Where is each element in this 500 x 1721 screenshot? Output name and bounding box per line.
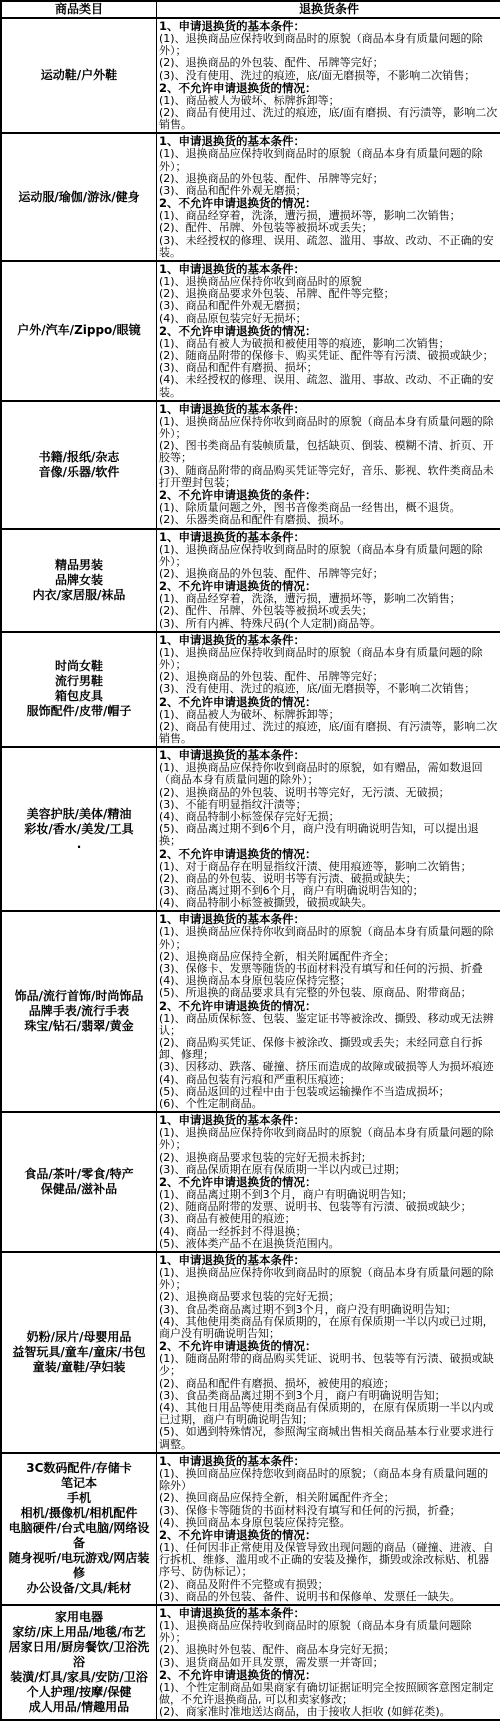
condition-item: (3)、未经授权的修理、误用、疏忽、滥用、事故、改动、不正确的安装。: [159, 235, 498, 259]
condition-item: (4)、其他日用品等使用类商品有保质期的，在原有保质期一半以内或已过期，商户有明…: [159, 1402, 498, 1426]
table-row: 饰品/流行首饰/时尚饰品品牌手表/流行手表珠宝/钻石/翡翠/黄金1、申请退换货的…: [1, 911, 500, 1112]
category-label: 户外/汽车/Zippo/眼镜: [3, 323, 155, 338]
conditions-cell: 1、申请退换货的基本条件：(1)、退换商品应保持收到商品时的原貌（商品本身有质量…: [157, 18, 500, 133]
return-policy-table: 商品类目 退换货条件 运动鞋/户外鞋1、申请退换货的基本条件：(1)、退换商品应…: [0, 0, 500, 1721]
category-cell: 家用电器家纺/床上用品/地毯/布艺居家日用/厨房餐饮/卫浴洗浴装潢/灯具/家具/…: [1, 1605, 157, 1720]
table-row: 运动鞋/户外鞋1、申请退换货的基本条件：(1)、退换商品应保持收到商品时的原貌（…: [1, 18, 500, 133]
condition-item: (1)、对于商品存在明显指纹汗渍、使用痕迹等，影响二次销售；: [159, 861, 498, 873]
header-conditions: 退换货条件: [157, 1, 500, 18]
category-label: 随身视听/电玩游戏/网店装修: [3, 1551, 155, 1581]
section-heading: 1、申请退换货的基本条件：: [159, 1607, 498, 1620]
condition-item: (2)、乐器类商品和配件有磨损、损坏。: [159, 514, 498, 526]
condition-item: (6)、个性定制商品。: [159, 1098, 498, 1110]
condition-item: (3)、商品和配件外观无磨损；: [159, 300, 498, 312]
condition-item: (3)、商品的外包装、备件、说明书和保修单、发票任一缺失。: [159, 1591, 498, 1603]
condition-item: (2)、图书类商品有装帧质量，包括缺页、倒装、模糊不清、折页、开胶等；: [159, 440, 498, 464]
condition-item: (1)、退换商品应保持你收到商品时的原貌，如有赠品，需如数退回（商品本身有质量问…: [159, 762, 498, 786]
category-cell: 美容护肤/美体/精油彩妆/香水/美发/工具.: [1, 747, 157, 911]
conditions-cell: 1、申请退换货的基本条件：(1)、退换商品应保持你收到商品时的原貌(2)、退换商…: [157, 261, 500, 401]
section-heading: 2、不允许申请退换货的情况：: [159, 1000, 498, 1013]
category-label: 保健品/滋补品: [3, 1182, 155, 1197]
section-heading: 2、不允许申请退换货的情况：: [159, 1669, 498, 1682]
conditions-cell: 1、申请退换货的基本条件：(1)、退换商品应保持你收到商品时的原貌（商品本身有质…: [157, 401, 500, 529]
category-label: 品牌女装: [3, 573, 155, 588]
category-cell: 3C数码配件/存储卡笔记本手机相机/摄像机/相机配件电脑硬件/台式电脑/网络设备…: [1, 1453, 157, 1605]
category-label: 运动鞋/户外鞋: [3, 68, 155, 83]
condition-item: (1)、任何因非正常使用及保管导致出现问题的商品（碰撞、进液、自行拆机、维修、滥…: [159, 1542, 498, 1579]
category-label: 食品/茶叶/零食/特产: [3, 1167, 155, 1182]
condition-item: (2)、商品有使用过、洗过的痕迹，底/面有磨损、有污渍等，影响二次销售。: [159, 721, 498, 745]
category-label: 音像/乐器/软件: [3, 465, 155, 480]
section-heading: 1、申请退换货的基本条件：: [159, 1455, 498, 1468]
category-cell: 饰品/流行首饰/时尚饰品品牌手表/流行手表珠宝/钻石/翡翠/黄金: [1, 911, 157, 1112]
condition-item: (1)、退换商品应保持收到商品时的原貌（商品本身有质量问题的除外）；: [159, 544, 498, 568]
condition-item: (1)、退换商品应保持收到商品时的原貌（商品本身有质量问题的除外）；: [159, 148, 498, 172]
condition-item: (2)、商品有使用过、洗过的痕迹，底/面有磨损、有污渍等，影响二次销售。: [159, 107, 498, 131]
table-row: 户外/汽车/Zippo/眼镜1、申请退换货的基本条件：(1)、退换商品应保持你收…: [1, 261, 500, 401]
category-cell: 奶粉/尿片/母婴用品益智玩具/童车/童床/书包童装/童鞋/孕妇装: [1, 1252, 157, 1453]
condition-item: (1)、退换商品应保持你收到商品时的原貌（商品本身有质量问题的除外）；: [159, 416, 498, 440]
category-label: 书籍/报纸/杂志: [3, 450, 155, 465]
category-label: 品牌手表/流行手表: [3, 1004, 155, 1019]
category-label: 美容护肤/美体/精油: [3, 807, 155, 822]
conditions-cell: 1、申请退换货的基本条件：(1)、退换商品应保持收到商品时的原貌（商品本身有质量…: [157, 529, 500, 632]
category-label: 家用电器: [3, 1610, 155, 1625]
section-heading: 2、不允许申请退换货的情况：: [159, 1529, 498, 1542]
category-label: 珠宝/钻石/翡翠/黄金: [3, 1019, 155, 1034]
category-cell: 精品男装品牌女装内衣/家居服/袜品: [1, 529, 157, 632]
category-label: 益智玩具/童车/童床/书包: [3, 1345, 155, 1360]
condition-item: (2)、退换商品要求包装的完好无损；: [159, 1291, 498, 1303]
condition-item: (2)、退换商品的外包装、配件、吊牌等完好；: [159, 57, 498, 69]
condition-item: (1)、退换商品应保持收到商品时的原貌（商品本身有质量问题的除外）；: [159, 33, 498, 57]
condition-item: (3)、没有使用、洗过的痕迹，底/面无磨损等，不影响二次销售；: [159, 683, 498, 695]
category-cell: 运动鞋/户外鞋: [1, 18, 157, 133]
category-cell: 时尚女鞋流行男鞋箱包皮具服饰配件/皮带/帽子: [1, 632, 157, 747]
return-policy-page: 商品类目 退换货条件 运动鞋/户外鞋1、申请退换货的基本条件：(1)、退换商品应…: [0, 0, 500, 1721]
condition-item: (2)、配件、吊牌、外包装等被损坏或丢失；: [159, 222, 498, 234]
category-label: .: [3, 837, 155, 852]
category-cell: 户外/汽车/Zippo/眼镜: [1, 261, 157, 401]
condition-item: (1)、退换商品应保持你收到商品时的原貌（商品本身有质量问题的除外）；: [159, 926, 498, 950]
table-row: 时尚女鞋流行男鞋箱包皮具服饰配件/皮带/帽子1、申请退换货的基本条件：(1)、退…: [1, 632, 500, 747]
condition-item: (5)、所退换的商品要求具有完整的外包装、原商品、附带商品；: [159, 987, 498, 999]
table-row: 运动服/瑜伽/游泳/健身1、申请退换货的基本条件：(1)、退换商品应保持收到商品…: [1, 133, 500, 261]
table-row: 食品/茶叶/零食/特产保健品/滋补品1、申请退换货的基本条件：(1)、退换商品应…: [1, 1112, 500, 1252]
condition-item: (2)、退换商品的外包装、说明书等完好，无污渍、无破损；: [159, 787, 498, 799]
category-label: 家纺/床上用品/地毯/布艺: [3, 1625, 155, 1640]
condition-item: (3)、没有使用、洗过的痕迹，底/面无磨损等，不影响二次销售；: [159, 70, 498, 82]
table-row: 精品男装品牌女装内衣/家居服/袜品1、申请退换货的基本条件：(1)、退换商品应保…: [1, 529, 500, 632]
table-row: 3C数码配件/存储卡笔记本手机相机/摄像机/相机配件电脑硬件/台式电脑/网络设备…: [1, 1453, 500, 1605]
condition-item: (1)、退换商品应保持收到商品时的原貌（商品本身有质量问题除外）；: [159, 1620, 498, 1644]
conditions-cell: 1、申请退换货的基本条件：(1)、退换商品应保持你收到商品时的原貌（商品本身有质…: [157, 911, 500, 1112]
conditions-cell: 1、申请退换货的基本条件：(1)、退换商品应保持你收到商品时的原貌（商品本身有质…: [157, 1112, 500, 1252]
category-label: 流行男鞋: [3, 674, 155, 689]
category-label: 居家日用/厨房餐饮/卫浴洗浴: [3, 1640, 155, 1670]
table-row: 家用电器家纺/床上用品/地毯/布艺居家日用/厨房餐饮/卫浴洗浴装潢/灯具/家具/…: [1, 1605, 500, 1720]
table-header: 商品类目 退换货条件: [1, 1, 500, 18]
condition-item: (2)、商品购买凭证、保修卡被涂改、撕毁或丢失；未经同意自行拆卸、修理；: [159, 1037, 498, 1061]
condition-item: (1)、退换商品应保持你收到商品时的原貌（商品本身有质量问题的除外）；: [159, 1127, 498, 1151]
category-label: 内衣/家居服/袜品: [3, 588, 155, 603]
condition-item: (5)、如遇到特殊情况，参照淘宝商城出售相关商品基本行业要求进行调整。: [159, 1426, 498, 1450]
category-label: 饰品/流行首饰/时尚饰品: [3, 989, 155, 1004]
conditions-cell: 1、申请退换货的基本条件：(1)、换回商品应保持您收到商品时的原貌；（商品本身有…: [157, 1453, 500, 1605]
table-row: 美容护肤/美体/精油彩妆/香水/美发/工具.1、申请退换货的基本条件：(1)、退…: [1, 747, 500, 911]
conditions-cell: 1、申请退换货的基本条件：(1)、退换商品应保持收到商品时的原貌（商品本身有质量…: [157, 632, 500, 747]
condition-item: (4)、未经授权的修理、误用、疏忽、滥用、事故、改动、不正确的安装。: [159, 374, 498, 398]
condition-item: (1)、商品质保标签、包装、鉴定证书等被涂改、撕毁、移动或无法辨认；: [159, 1013, 498, 1037]
condition-item: (2)、退换商品要求包装的完好无损未拆封;: [159, 1152, 498, 1164]
table-row: 书籍/报纸/杂志音像/乐器/软件1、申请退换货的基本条件：(1)、退换商品应保持…: [1, 401, 500, 529]
conditions-table-body: 运动鞋/户外鞋1、申请退换货的基本条件：(1)、退换商品应保持收到商品时的原貌（…: [1, 18, 500, 1720]
condition-item: (3)、保修卡等随货的书面材料没有填写和任何的污损，折叠；: [159, 1505, 498, 1517]
section-heading: 1、申请退换货的基本条件：: [159, 403, 498, 416]
conditions-cell: 1、申请退换货的基本条件：(1)、退换商品应保持你收到商品时的原貌（商品本身有质…: [157, 1252, 500, 1453]
conditions-cell: 1、申请退换货的基本条件：(1)、退换商品应保持收到商品时的原貌（商品本身有质量…: [157, 133, 500, 261]
conditions-cell: 1、申请退换货的基本条件：(1)、退换商品应保持收到商品时的原貌（商品本身有质量…: [157, 1605, 500, 1720]
condition-item: (5)、液体类产品不在退换货范围内。: [159, 1238, 498, 1250]
category-label: 运动服/瑜伽/游泳/健身: [3, 190, 155, 205]
category-cell: 书籍/报纸/杂志音像/乐器/软件: [1, 401, 157, 529]
condition-item: (1)、个性定制商品如果商家有确切证据证明完全按照顾客意图定制定做，不允许退换商…: [159, 1682, 498, 1706]
category-label: 相机/摄像机/相机配件: [3, 1506, 155, 1521]
section-heading: 1、申请退换货的基本条件：: [159, 634, 498, 647]
category-label: 电脑硬件/台式电脑/网络设备: [3, 1521, 155, 1551]
condition-item: (1)、退换商品应保持收到商品时的原貌（商品本身有质量问题的除外）；: [159, 647, 498, 671]
section-heading: 2、不允许申请退换货的情况：: [159, 848, 498, 861]
category-label: 服饰配件/皮带/帽子: [3, 704, 155, 719]
condition-item: (2)、换回商品应保持全新，相关附属配件齐全；: [159, 1492, 498, 1504]
table-row: 奶粉/尿片/母婴用品益智玩具/童车/童床/书包童装/童鞋/孕妇装1、申请退换货的…: [1, 1252, 500, 1453]
category-label: 精品男装: [3, 558, 155, 573]
section-heading: 2、不允许申请退换货的情况：: [159, 696, 498, 709]
category-label: 手机: [3, 1491, 155, 1506]
condition-item: (4)、其他使用类商品有保质期的，在原有保质期一半以内或已过期，商户没有明确说明…: [159, 1316, 498, 1340]
condition-item: (3)、因移动、跌落、碰撞、挤压而造成的故障或破损等人为损坏痕迹: [159, 1061, 498, 1073]
condition-item: (4)、商品特制小标签被撕毁，破损或缺失。: [159, 897, 498, 909]
condition-item: (1)、换回商品应保持您收到商品时的原貌；（商品本身有质量问题的除外）: [159, 1468, 498, 1492]
condition-item: (1)、商品被人为破坏、标牌拆卸等；: [159, 709, 498, 721]
category-label: 彩妆/香水/美发/工具: [3, 822, 155, 837]
category-label: 成人用品/情趣用品: [3, 1700, 155, 1715]
category-cell: 食品/茶叶/零食/特产保健品/滋补品: [1, 1112, 157, 1252]
category-label: 奶粉/尿片/母婴用品: [3, 1330, 155, 1345]
category-label: 童装/童鞋/孕妇装: [3, 1360, 155, 1375]
condition-item: (3)、退货商品如开具发票，需发票一并寄回；: [159, 1657, 498, 1669]
condition-item: (4)、商品包装有污痕和严重积压痕迹；: [159, 1074, 498, 1086]
header-row: 商品类目 退换货条件: [1, 1, 500, 18]
section-heading: 2、不允许申请退换货的情况：: [159, 82, 498, 95]
condition-item: (2)、商品及附件不完整或有损毁；: [159, 1579, 498, 1591]
category-label: 笔记本: [3, 1476, 155, 1491]
category-label: 箱包皮具: [3, 689, 155, 704]
condition-item: (2)、商家准时准地送达商品，由于接收人拒收 (如鲜花类)。: [159, 1706, 498, 1718]
condition-item: (5)、商品离过期不到6个月，商户没有明确说明告知，可以提出退换；: [159, 823, 498, 847]
category-label: 办公设备/文具/耗材: [3, 1581, 155, 1596]
condition-item: (1)、退换商品应保持你收到商品时的原貌（商品本身有质量问题的除外）；: [159, 1267, 498, 1291]
category-label: 个人护理/按摩/保健: [3, 1685, 155, 1700]
condition-item: (3)、所有内裤、特殊尺码(个人定制)商品等。: [159, 618, 498, 630]
condition-item: (4)、商品一经拆封不得退换；: [159, 1226, 498, 1238]
section-heading: 2、不允许申请退换货的情况：: [159, 325, 498, 338]
category-label: 3C数码配件/存储卡: [3, 1461, 155, 1476]
section-heading: 1、申请退换货的基本条件：: [159, 531, 498, 544]
category-cell: 运动服/瑜伽/游泳/健身: [1, 133, 157, 261]
conditions-cell: 1、申请退换货的基本条件：(1)、退换商品应保持你收到商品时的原貌，如有赠品，需…: [157, 747, 500, 911]
condition-item: (3)、商品有被使用的痕迹；: [159, 1213, 498, 1225]
category-label: 时尚女鞋: [3, 659, 155, 674]
condition-item: (2)、退换时外包装、配件、商品本身完好无损；: [159, 1644, 498, 1656]
condition-item: (3)、随商品附带的商品购买凭证等完好，音乐、影视、软件类商品未打开塑封包装；: [159, 465, 498, 489]
condition-item: (1)、随商品附带的商品购买凭证、说明书、包装等有污渍、破损或缺少；: [159, 1353, 498, 1377]
condition-item: (2)、配件、吊牌、外包装等被损坏或丢失；: [159, 605, 498, 617]
category-label: 装潢/灯具/家具/安防/卫浴: [3, 1670, 155, 1685]
header-category: 商品类目: [1, 1, 157, 18]
